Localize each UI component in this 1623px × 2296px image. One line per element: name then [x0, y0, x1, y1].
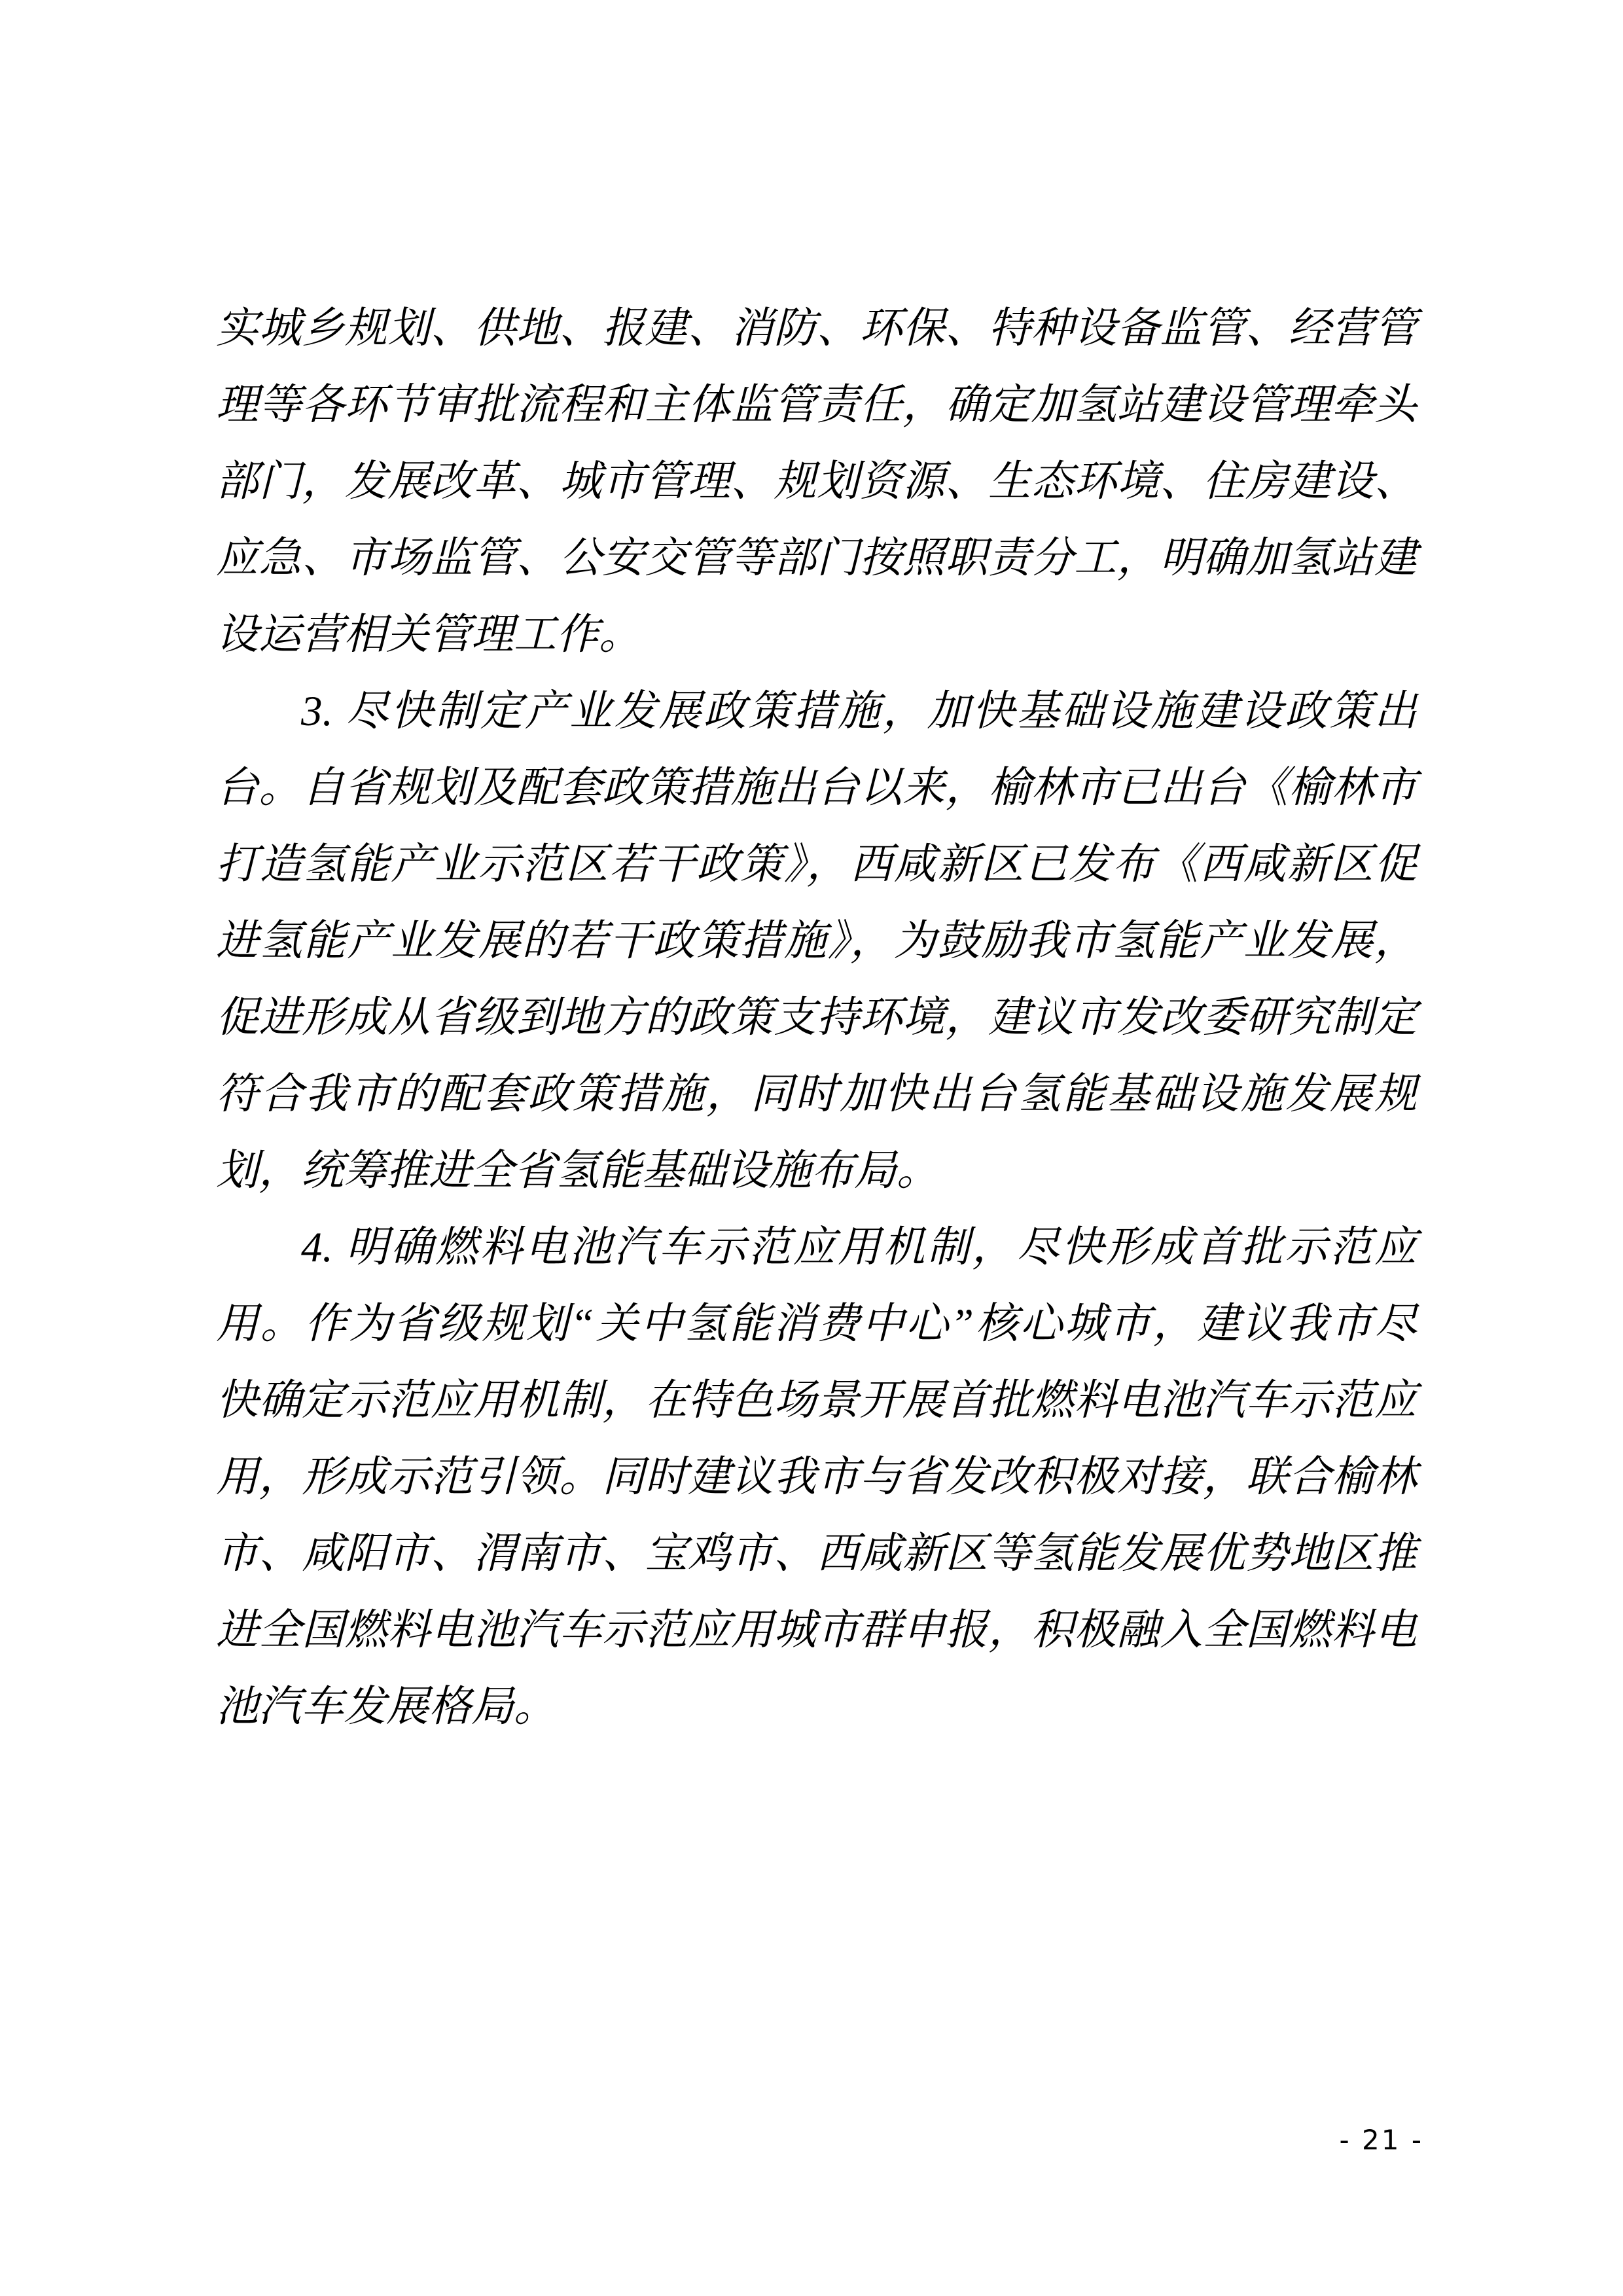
text-line: 划，统筹推进全省氢能基础设施布局。 [216, 1133, 1417, 1210]
text-line: 用，形成示范引领。同时建议我市与省发改积极对接，联合榆林 [216, 1439, 1417, 1516]
document-body: 实城乡规划、供地、报建、消防、环保、特种设备监管、经营管 理等各环节审批流程和主… [216, 291, 1417, 1746]
text-line: 实城乡规划、供地、报建、消防、环保、特种设备监管、经营管 [216, 291, 1417, 367]
paragraph-item-4: 4. 明确燃料电池汽车示范应用机制，尽快形成首批示范应 用。作为省级规划“关中氢… [216, 1210, 1417, 1746]
text-line: 快确定示范应用机制，在特色场景开展首批燃料电池汽车示范应 [216, 1363, 1417, 1439]
text-line: 池汽车发展格局。 [216, 1669, 1417, 1746]
text-line: 部门，发展改革、城市管理、规划资源、生态环境、住房建设、 [216, 444, 1417, 520]
text-line: 用。作为省级规划“关中氢能消费中心”核心城市，建议我市尽 [216, 1286, 1417, 1363]
text-line: 应急、市场监管、公安交管等部门按照职责分工，明确加氢站建 [216, 520, 1417, 597]
text-line: 进氢能产业发展的若干政策措施》，为鼓励我市氢能产业发展， [216, 903, 1417, 980]
text-line: 台。自省规划及配套政策措施出台以来，榆林市已出台《榆林市 [216, 750, 1417, 827]
text-line: 设运营相关管理工作。 [216, 597, 1417, 673]
text-line: 打造氢能产业示范区若干政策》，西咸新区已发布《西咸新区促 [216, 827, 1417, 903]
paragraph-item-3: 3. 尽快制定产业发展政策措施，加快基础设施建设政策出 台。自省规划及配套政策措… [216, 673, 1417, 1210]
text-line: 促进形成从省级到地方的政策支持环境，建议市发改委研究制定 [216, 980, 1417, 1056]
document-page: 实城乡规划、供地、报建、消防、环保、特种设备监管、经营管 理等各环节审批流程和主… [0, 0, 1623, 2296]
page-number: - 21 - [1340, 2123, 1423, 2157]
text-line: 符合我市的配套政策措施，同时加快出台氢能基础设施发展规 [216, 1056, 1417, 1133]
text-line: 进全国燃料电池汽车示范应用城市群申报，积极融入全国燃料电 [216, 1592, 1417, 1669]
text-line: 3. 尽快制定产业发展政策措施，加快基础设施建设政策出 [216, 673, 1417, 750]
text-line: 市、咸阳市、渭南市、宝鸡市、西咸新区等氢能发展优势地区推 [216, 1516, 1417, 1592]
text-line: 4. 明确燃料电池汽车示范应用机制，尽快形成首批示范应 [216, 1210, 1417, 1286]
text-line: 理等各环节审批流程和主体监管责任，确定加氢站建设管理牵头 [216, 367, 1417, 444]
paragraph-continuation: 实城乡规划、供地、报建、消防、环保、特种设备监管、经营管 理等各环节审批流程和主… [216, 291, 1417, 673]
